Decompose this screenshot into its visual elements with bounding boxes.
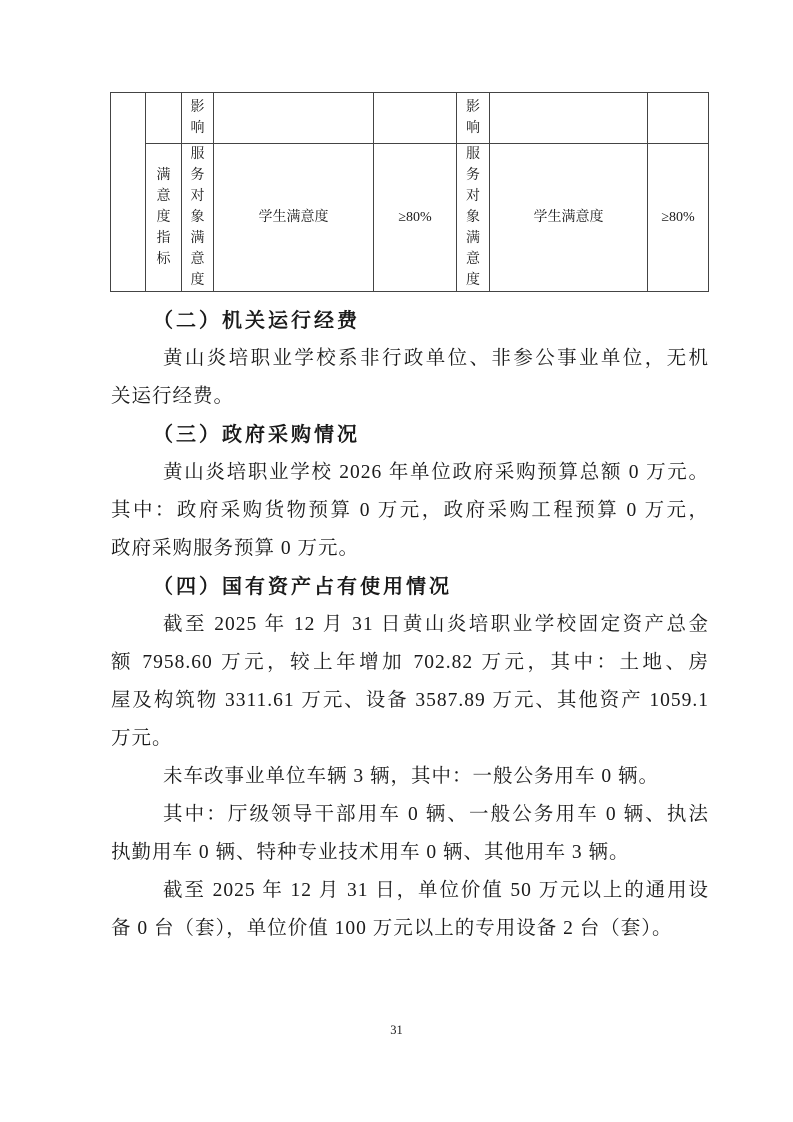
target-value: ≥80%: [398, 207, 431, 228]
table-cell-impact-right: 影响: [457, 93, 490, 144]
table-cell-continued-left: [111, 93, 146, 292]
paragraph: 黄山炎培职业学校 2026 年单位政府采购预算总额 0 万元。 其中：政府采购货…: [111, 454, 709, 568]
satisfaction-row-header-label: 满意度指标: [156, 165, 172, 270]
student-satisfaction-label: 学生满意度: [534, 207, 604, 228]
text-line: 未车改事业单位车辆 3 辆，其中：一般公务用车 0 辆。: [111, 758, 709, 796]
text-line: 备 0 台（套），单位价值 100 万元以上的专用设备 2 台（套）。: [111, 910, 709, 948]
text-line: 额 7958.60 万元，较上年增加 702.82 万元，其中：土地、房: [111, 644, 709, 682]
table-cell-impact-left: 影响: [182, 93, 214, 144]
paragraph: 其中：厅级领导干部用车 0 辆、一般公务用车 0 辆、执法 执勤用车 0 辆、特…: [111, 796, 709, 872]
table-cell-empty: [374, 93, 457, 144]
text-line: 其中：政府采购货物预算 0 万元，政府采购工程预算 0 万元，: [111, 492, 709, 530]
text-line: 万元。: [111, 720, 709, 758]
table-cell-empty: [648, 93, 709, 144]
paragraph: 未车改事业单位车辆 3 辆，其中：一般公务用车 0 辆。: [111, 758, 709, 796]
service-target-satisfaction-label: 服务对象满意度: [190, 144, 206, 291]
table-cell-row-header: 满意度指标: [146, 144, 182, 292]
text-line: 黄山炎培职业学校 2026 年单位政府采购预算总额 0 万元。: [111, 454, 709, 492]
table-cell-target-right: ≥80%: [648, 144, 709, 292]
text-line: 关运行经费。: [111, 378, 709, 416]
target-value: ≥80%: [661, 207, 694, 228]
text-line: 屋及构筑物 3311.61 万元、设备 3587.89 万元、其他资产 1059…: [111, 682, 709, 720]
page-number: 31: [0, 1022, 793, 1038]
paragraph: 截至 2025 年 12 月 31 日，单位价值 50 万元以上的通用设 备 0…: [111, 872, 709, 948]
paragraph: 黄山炎培职业学校系非行政单位、非参公事业单位，无机 关运行经费。: [111, 340, 709, 416]
text-line: 政府采购服务预算 0 万元。: [111, 530, 709, 568]
text-line: 截至 2025 年 12 月 31 日，单位价值 50 万元以上的通用设: [111, 872, 709, 910]
section-heading-2: （二）机关运行经费: [111, 302, 709, 340]
table-cell-target-left: ≥80%: [374, 144, 457, 292]
section-heading-4: （四）国有资产占有使用情况: [111, 568, 709, 606]
text-line: 黄山炎培职业学校系非行政单位、非参公事业单位，无机: [111, 340, 709, 378]
table-cell-empty: [214, 93, 374, 144]
paragraph: 截至 2025 年 12 月 31 日黄山炎培职业学校固定资产总金 额 7958…: [111, 606, 709, 758]
table-cell-empty: [490, 93, 648, 144]
table-cell-dimension-right: 服务对象满意度: [457, 144, 490, 292]
satisfaction-indicator-table: 影响 影响 满意度指标 服务对象满意度 学生满意度 ≥80%: [110, 92, 709, 292]
table-cell-indicator-right: 学生满意度: [490, 144, 648, 292]
impact-label: 影响: [465, 97, 481, 139]
document-page: 影响 影响 满意度指标 服务对象满意度 学生满意度 ≥80%: [0, 0, 793, 1122]
text-line: 截至 2025 年 12 月 31 日黄山炎培职业学校固定资产总金: [111, 606, 709, 644]
table-cell-indicator-left: 学生满意度: [214, 144, 374, 292]
text-line: 其中：厅级领导干部用车 0 辆、一般公务用车 0 辆、执法: [111, 796, 709, 834]
section-heading-3: （三）政府采购情况: [111, 416, 709, 454]
table-cell-dimension-left: 服务对象满意度: [182, 144, 214, 292]
student-satisfaction-label: 学生满意度: [259, 207, 329, 228]
table-cell-empty: [146, 93, 182, 144]
impact-label: 影响: [190, 97, 206, 139]
service-target-satisfaction-label: 服务对象满意度: [465, 144, 481, 291]
document-body: （二）机关运行经费 黄山炎培职业学校系非行政单位、非参公事业单位，无机 关运行经…: [111, 302, 709, 948]
text-line: 执勤用车 0 辆、特种专业技术用车 0 辆、其他用车 3 辆。: [111, 834, 709, 872]
